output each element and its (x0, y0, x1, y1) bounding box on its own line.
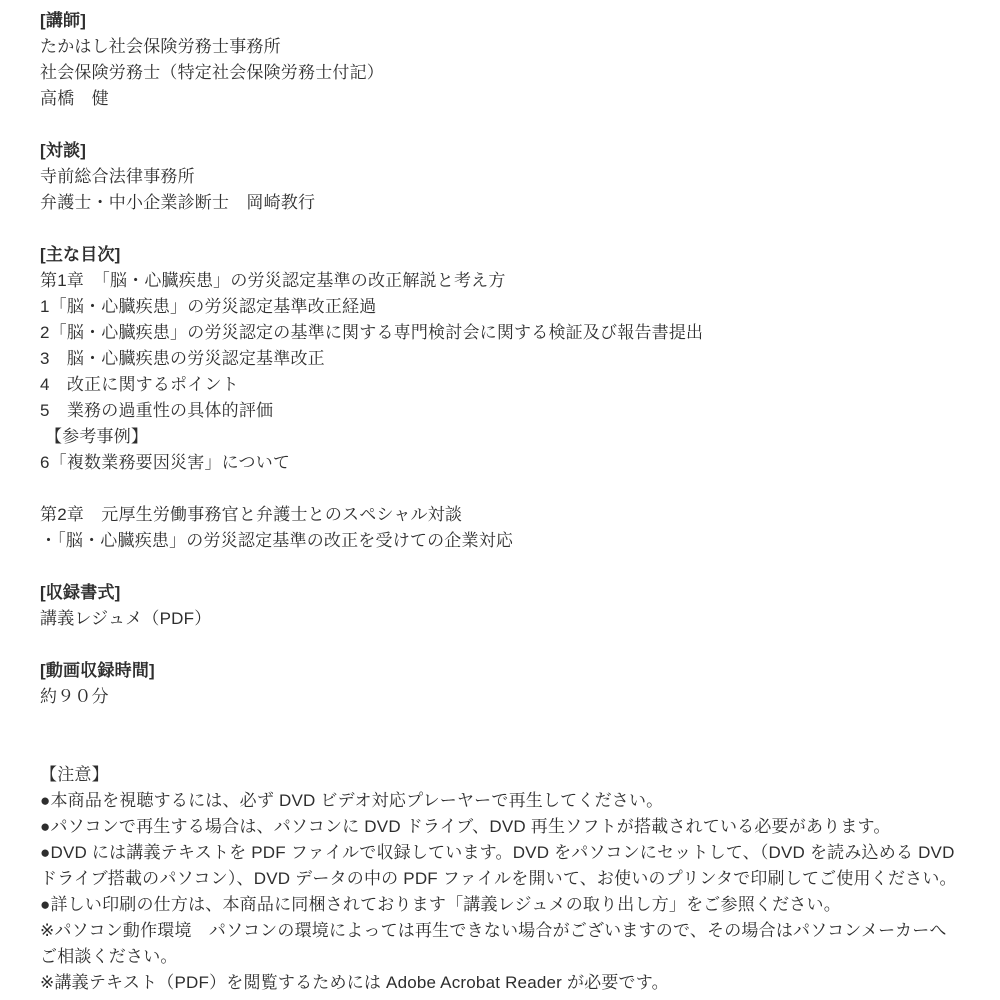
section-dialogue: [対談] 寺前総合法律事務所 弁護士・中小企業診断士 岡崎教行 (40, 138, 960, 216)
text-line: 社会保険労務士（特定社会保険労務士付記） (40, 60, 960, 86)
section-table-of-contents: [主な目次] 第1章 「脳・心臓疾患」の労災認定基準の改正解説と考え方 1「脳・… (40, 242, 960, 476)
toc-line: 3 脳・心臓疾患の労災認定基準改正 (40, 346, 960, 372)
toc-line: 1「脳・心臓疾患」の労災認定基準改正経過 (40, 294, 960, 320)
section-recorded-format: [収録書式] 講義レジュメ（PDF） (40, 580, 960, 632)
section-chapter2: 第2章 元厚生労働事務官と弁護士とのスペシャル対談 ・「脳・心臓疾患」の労災認定… (40, 502, 960, 554)
notice-line: ●DVD には講義テキストを PDF ファイルで収録しています。DVD をパソコ… (40, 840, 960, 892)
product-description-document: [講師] たかはし社会保険労務士事務所 社会保険労務士（特定社会保険労務士付記）… (0, 0, 1000, 996)
toc-line: 2「脳・心臓疾患」の労災認定の基準に関する専門検討会に関する検証及び報告書提出 (40, 320, 960, 346)
section-heading: [講師] (40, 8, 960, 34)
toc-line: 6「複数業務要因災害」について (40, 450, 960, 476)
toc-line: ・「脳・心臓疾患」の労災認定基準の改正を受けての企業対応 (40, 528, 960, 554)
text-line: 講義レジュメ（PDF） (40, 606, 960, 632)
section-notice: 【注意】 ●本商品を視聴するには、必ず DVD ビデオ対応プレーヤーで再生してく… (40, 762, 960, 996)
text-line: 約９０分 (40, 684, 960, 710)
toc-line: 第1章 「脳・心臓疾患」の労災認定基準の改正解説と考え方 (40, 268, 960, 294)
text-line: 弁護士・中小企業診断士 岡崎教行 (40, 190, 960, 216)
notice-line: ※講義テキスト（PDF）を閲覧するためには Adobe Acrobat Read… (40, 970, 960, 996)
text-line: 高橋 健 (40, 86, 960, 112)
text-line: たかはし社会保険労務士事務所 (40, 34, 960, 60)
section-heading: [対談] (40, 138, 960, 164)
section-heading: [主な目次] (40, 242, 960, 268)
toc-line: 【参考事例】 (40, 424, 960, 450)
toc-line: 4 改正に関するポイント (40, 372, 960, 398)
notice-line: ●本商品を視聴するには、必ず DVD ビデオ対応プレーヤーで再生してください。 (40, 788, 960, 814)
notice-line: ●詳しい印刷の仕方は、本商品に同梱されております「講義レジュメの取り出し方」をご… (40, 892, 960, 918)
notice-line: ●パソコンで再生する場合は、パソコンに DVD ドライブ、DVD 再生ソフトが搭… (40, 814, 960, 840)
section-heading: [動画収録時間] (40, 658, 960, 684)
notice-line: ※パソコン動作環境 パソコンの環境によっては再生できない場合がございますので、そ… (40, 918, 960, 970)
section-lecturer: [講師] たかはし社会保険労務士事務所 社会保険労務士（特定社会保険労務士付記）… (40, 8, 960, 112)
toc-line: 第2章 元厚生労働事務官と弁護士とのスペシャル対談 (40, 502, 960, 528)
toc-line: 5 業務の過重性の具体的評価 (40, 398, 960, 424)
section-heading: 【注意】 (40, 762, 960, 788)
text-line: 寺前総合法律事務所 (40, 164, 960, 190)
section-heading: [収録書式] (40, 580, 960, 606)
section-video-duration: [動画収録時間] 約９０分 (40, 658, 960, 710)
